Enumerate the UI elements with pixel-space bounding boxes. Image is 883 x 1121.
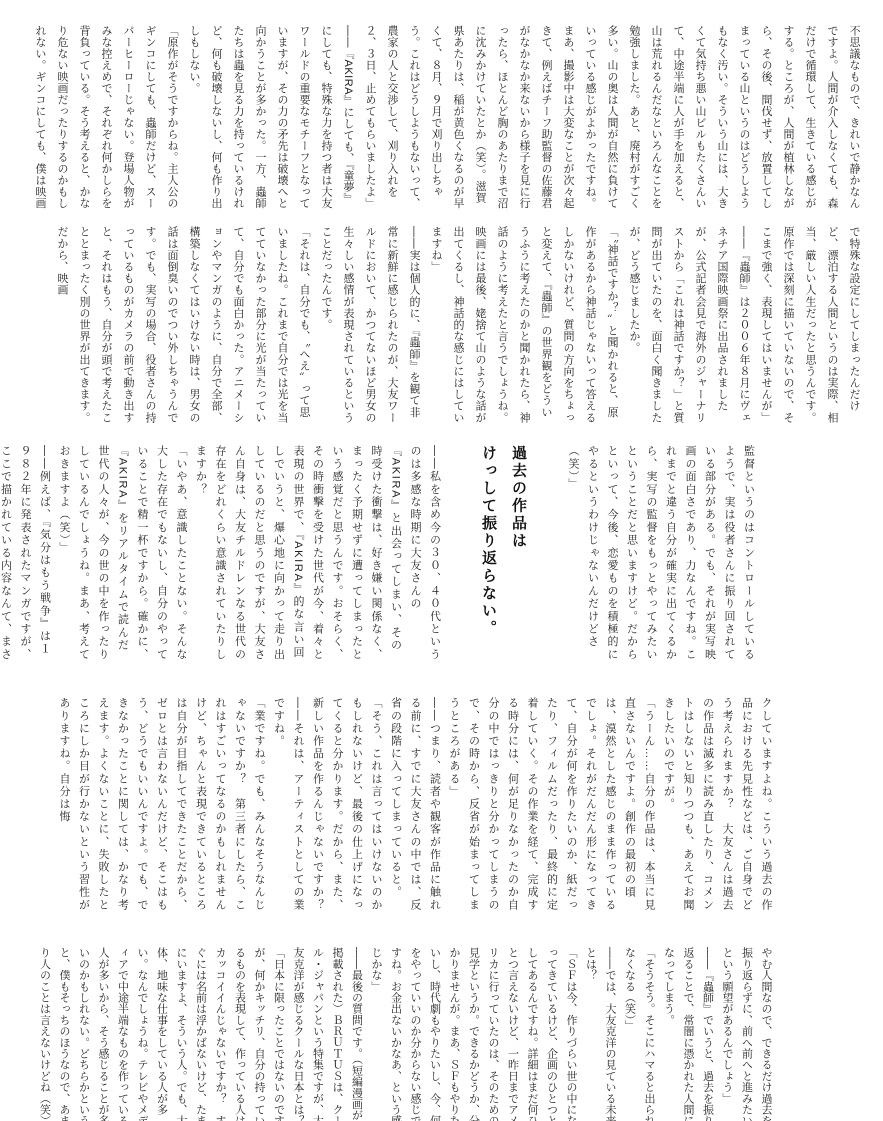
magazine-page: { "page": { "background_color": "#ffffff… (0, 0, 883, 1121)
text-band-5: やむ人間なので、できるだけ過去を振り返らずに、前へ前へと進みたいという願望がある… (27, 947, 775, 1121)
text-band-3: 監督というのはコントロールしているようで、実は役者さんに振り回されている部分があ… (25, 445, 777, 663)
text-band-1: 不思議なもので、きれいで静かなんですよ。人間が介入しなくても、森だけで循環して、… (23, 25, 865, 209)
text-band-3-left-segment: ――私を含め今の３０、４０代というのは多感な時期に大友さんの『AKIRA』と出会… (0, 445, 444, 663)
text-band-3-right-segment: 監督というのはコントロールしているようで、実は役者さんに振り回されている部分があ… (563, 445, 758, 663)
text-band-4: クしていますよね。こういう過去の作品における先見性などは、ご自身でどう考えられま… (27, 697, 775, 915)
pull-quote-headline: 過去の作品は けっして振り返らない。 (473, 445, 533, 663)
text-band-2: で特殊な設定にしてしまったんだけど、漂泊する人間というのは実際、相当、厳しい人生… (23, 226, 865, 426)
